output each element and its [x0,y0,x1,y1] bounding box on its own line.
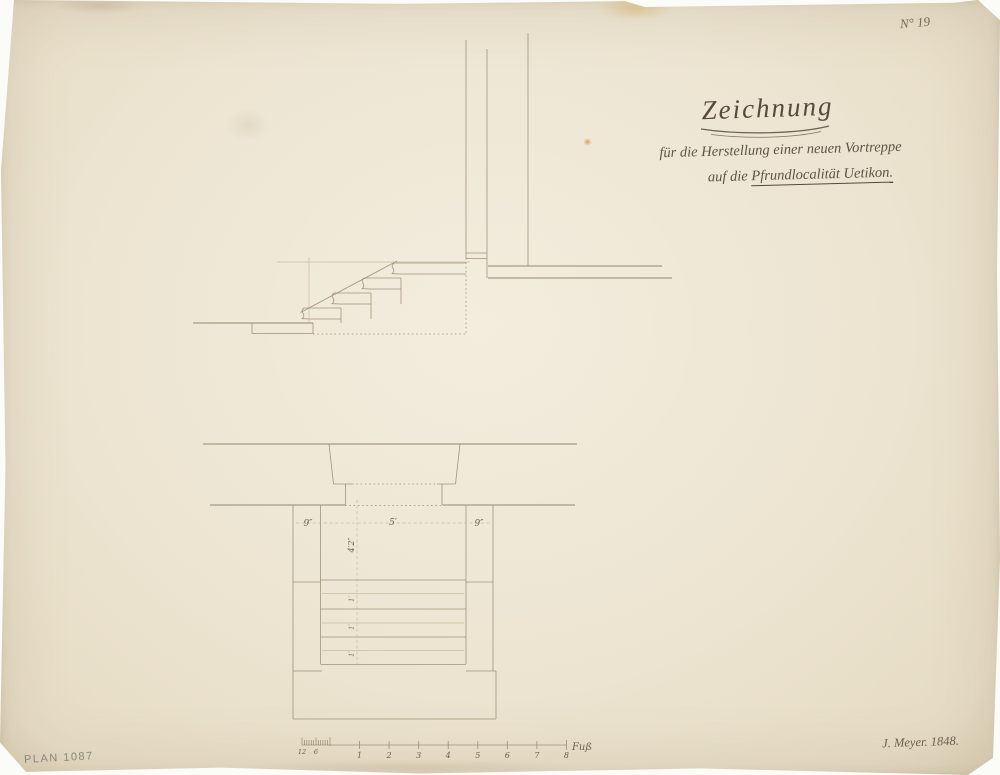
dim-right-cheek: 9″ [474,519,484,529]
scale-label-1: 1 [357,751,362,760]
step4-nosing [392,263,399,274]
elevation-view [193,33,672,334]
scale-label-4: 4 [445,751,451,760]
stringer-diagonal [301,261,398,313]
door-sill [466,253,487,259]
scale-unit-label: Fuß [571,742,592,753]
subtitle-prefix: auf die [708,168,752,185]
title-heading: Zeichnung [695,90,841,126]
step1-tread [304,308,341,323]
tread-nosing-lines [322,594,464,651]
step3-tread [364,278,401,304]
scale-label-6ft: 6 [505,751,510,760]
step2-tread [334,293,371,319]
plan-base-slab [293,671,496,719]
scale-label-8: 8 [564,751,569,760]
dim-left-cheek: 9″ [303,519,313,529]
scale-bar: 12 6 1 2 3 4 5 6 7 8 Fuß [298,737,592,760]
scale-label-3: 3 [416,751,421,760]
scale-label-6: 6 [314,748,318,756]
scale-label-5: 5 [475,751,480,760]
dim-stair-width: 5′ [389,518,397,528]
sill-side-edges [346,484,443,505]
door-reveal-left-splay [329,444,334,484]
dim-tread3: 1′ [348,651,356,657]
door-reveal-right-splay [456,444,461,484]
scale-label-2: 2 [386,751,392,760]
subtitle-underlined-location: Pfrundlocalität Uetikon. [751,165,893,187]
technical-drawing: 9″ 5′ 9″ 4′2″ 1′ 1′ 1′ 12 6 1 2 3 4 5 6 … [0,0,1000,775]
tread-front-edges [321,580,467,665]
dim-tread1: 1′ [348,596,356,602]
step3-nosing [362,278,369,289]
title-underline-flourish [701,126,829,137]
base-slab [252,323,313,334]
plan-view: 9″ 5′ 9″ 4′2″ 1′ 1′ 1′ [203,444,577,719]
scanned-plan-page: { "sheet": { "number_label": "N° 19", "s… [0,0,1000,775]
dim-stair-depth: 4′2″ [347,537,356,553]
scale-label-12: 12 [298,748,306,756]
step4-tread [394,263,466,274]
paper-sheet: 9″ 5′ 9″ 4′2″ 1′ 1′ 1′ 12 6 1 2 3 4 5 6 … [0,0,1000,775]
dim-tread2: 1′ [348,624,356,630]
scale-label-7: 7 [534,751,540,760]
